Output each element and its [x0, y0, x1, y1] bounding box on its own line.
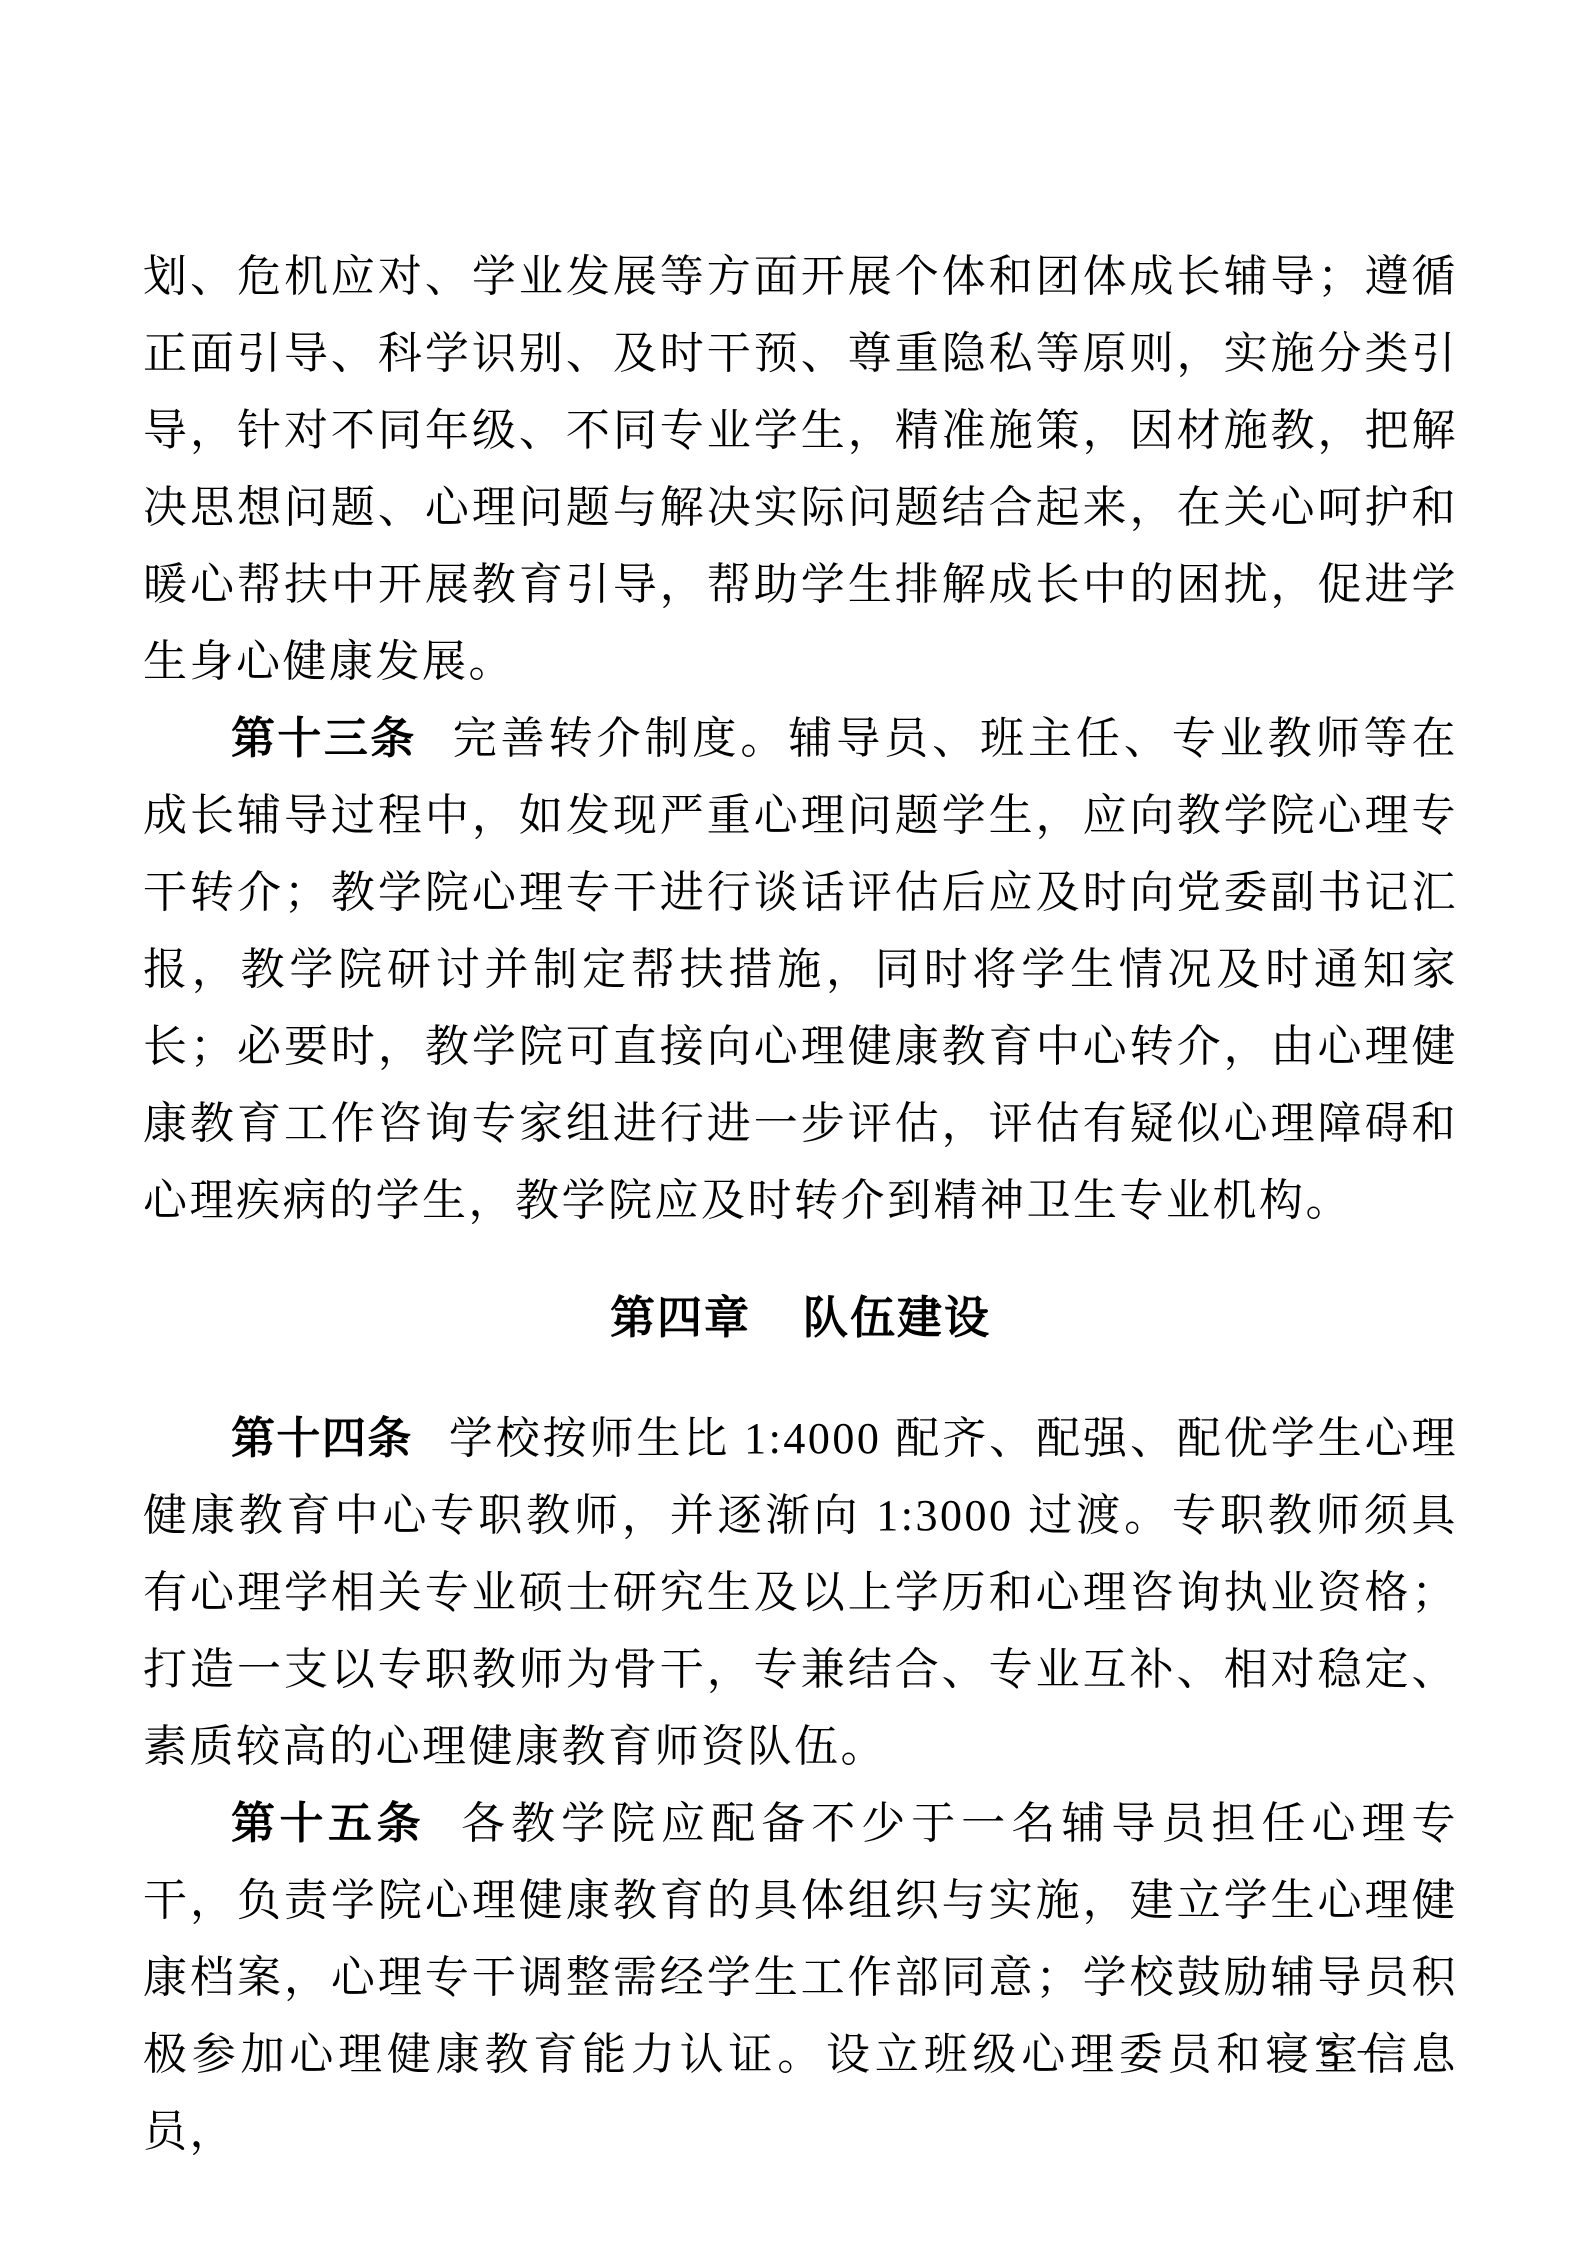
paragraph-article-13: 第十三条完善转介制度。辅导员、班主任、专业教师等在成长辅导过程中，如发现严重心理… — [143, 700, 1458, 1239]
chapter-title: 队伍建设 — [803, 1292, 991, 1343]
article-15-text: 各教学院应配备不少于一名辅导员担任心理专干，负责学院心理健康教育的具体组织与实施… — [143, 1799, 1458, 2156]
article-14-label: 第十四条 — [231, 1414, 413, 1463]
article-13-text: 完善转介制度。辅导员、班主任、专业教师等在成长辅导过程中，如发现严重心理问题学生… — [143, 714, 1458, 1225]
paragraph-article-15: 第十五条各教学院应配备不少于一名辅导员担任心理专干，负责学院心理健康教育的具体组… — [143, 1785, 1458, 2170]
article-13-label: 第十三条 — [231, 714, 417, 763]
page-number: － 5 － — [1269, 2033, 1393, 2075]
chapter-heading: 第四章队伍建设 — [143, 1279, 1458, 1356]
article-15-label: 第十五条 — [231, 1799, 425, 1848]
article-14-text: 学校按师生比 1:4000 配齐、配强、配优学生心理健康教育中心专职教师，并逐渐… — [143, 1414, 1458, 1771]
page-footer: － 5 － — [1269, 2032, 1393, 2076]
document-page: 划、危机应对、学业发展等方面开展个体和团体成长辅导；遵循正面引导、科学识别、及时… — [0, 0, 1588, 2245]
paragraph-article-14: 第十四条学校按师生比 1:4000 配齐、配强、配优学生心理健康教育中心专职教师… — [143, 1400, 1458, 1785]
paragraph-continuation: 划、危机应对、学业发展等方面开展个体和团体成长辅导；遵循正面引导、科学识别、及时… — [143, 238, 1458, 700]
chapter-number: 第四章 — [610, 1292, 751, 1343]
